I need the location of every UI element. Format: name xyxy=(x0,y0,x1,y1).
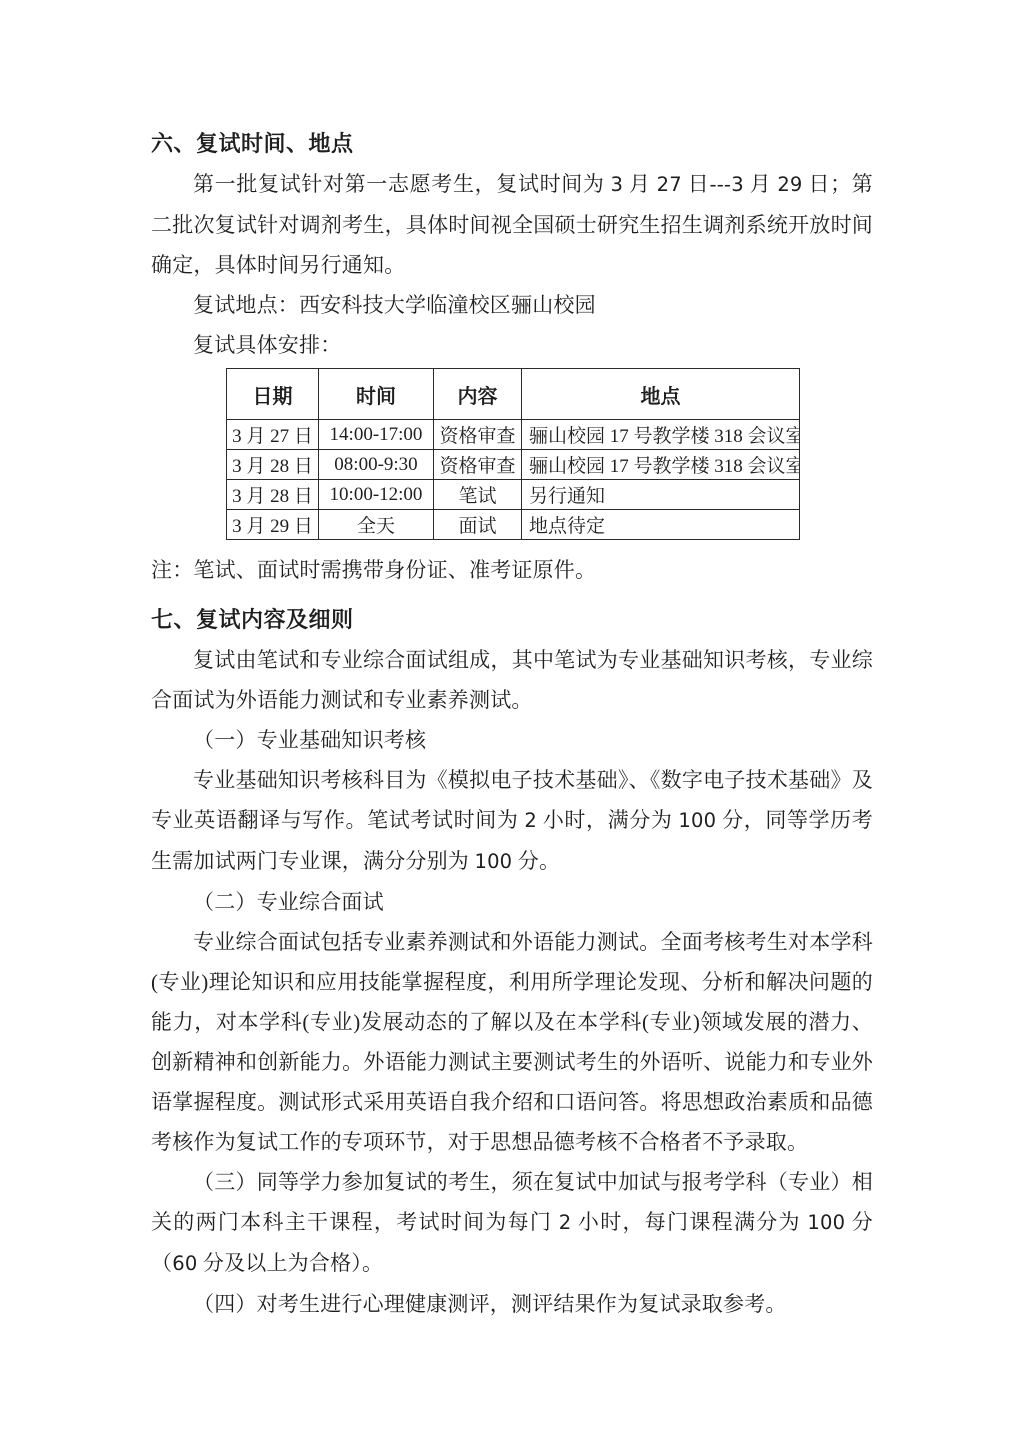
cell-date: 3 月 27 日 xyxy=(227,420,319,450)
section-6-intro-paragraph: 第一批复试针对第一志愿考生，复试时间为 3 月 27 日---3 月 29 日；… xyxy=(151,164,873,285)
latin-number: 100 xyxy=(678,809,716,832)
reexam-location-line: 复试地点：西安科技大学临潼校区骊山校园 xyxy=(151,285,873,325)
latin-number: 2 xyxy=(559,1211,572,1234)
cell-time: 全天 xyxy=(319,510,434,540)
cell-time: 14:00-17:00 xyxy=(319,420,434,450)
column-header-date: 日期 xyxy=(227,369,319,420)
column-header-place: 地点 xyxy=(522,369,800,420)
cell-content: 笔试 xyxy=(434,480,522,510)
cell-place: 骊山校园 17 号教学楼 318 会议室 xyxy=(522,450,800,480)
table-note: 注：笔试、面试时需携带身份证、准考证原件。 xyxy=(151,550,873,590)
latin-number: 29 xyxy=(777,173,802,196)
latin-number: --- xyxy=(709,173,731,196)
schedule-table: 日期 时间 内容 地点 3 月 27 日 14:00-17:00 资格审查 骊山… xyxy=(226,368,800,540)
cell-date: 3 月 28 日 xyxy=(227,450,319,480)
item-2-detail-paragraph: 专业综合面试包括专业素养测试和外语能力测试。全面考核考生对本学科(专业)理论知识… xyxy=(151,922,873,1162)
schedule-label-line: 复试具体安排： xyxy=(151,325,873,365)
latin-number: 100 xyxy=(474,850,512,873)
document-page: 六、复试时间、地点 第一批复试针对第一志愿考生，复试时间为 3 月 27 日--… xyxy=(0,0,1024,1448)
table-row: 3 月 29 日 全天 面试 地点待定 xyxy=(227,510,800,540)
latin-number: 27 xyxy=(657,173,682,196)
table-row: 3 月 28 日 10:00-12:00 笔试 另行通知 xyxy=(227,480,800,510)
latin-number: 3 xyxy=(611,173,624,196)
table-row: 3 月 28 日 08:00-9:30 资格审查 骊山校园 17 号教学楼 31… xyxy=(227,450,800,480)
cell-date: 3 月 29 日 xyxy=(227,510,319,540)
section-7-intro-paragraph: 复试由笔试和专业综合面试组成，其中笔试为专业基础知识考核，专业综合面试为外语能力… xyxy=(151,640,873,720)
table-row: 3 月 27 日 14:00-17:00 资格审查 骊山校园 17 号教学楼 3… xyxy=(227,420,800,450)
latin-number: 100 xyxy=(807,1211,845,1234)
cell-content: 资格审查 xyxy=(434,450,522,480)
latin-number: 2 xyxy=(524,809,537,832)
cell-time: 10:00-12:00 xyxy=(319,480,434,510)
cell-place: 另行通知 xyxy=(522,480,800,510)
cell-content: 面试 xyxy=(434,510,522,540)
item-2-heading-line: （二）专业综合面试 xyxy=(151,882,873,922)
cell-time: 08:00-9:30 xyxy=(319,450,434,480)
item-3-paragraph: （三）同等学力参加复试的考生，须在复试中加试与报考学科（专业）相关的两门本科主干… xyxy=(151,1162,873,1284)
cell-content: 资格审查 xyxy=(434,420,522,450)
cell-date: 3 月 28 日 xyxy=(227,480,319,510)
latin-number: 60 xyxy=(172,1252,197,1275)
item-1-heading-line: （一）专业基础知识考核 xyxy=(151,720,873,760)
section-6-heading: 六、复试时间、地点 xyxy=(151,124,873,164)
column-header-time: 时间 xyxy=(319,369,434,420)
section-7-heading: 七、复试内容及细则 xyxy=(151,600,873,640)
item-4-paragraph: （四）对考生进行心理健康测评，测评结果作为复试录取参考。 xyxy=(151,1284,873,1324)
column-header-content: 内容 xyxy=(434,369,522,420)
table-header-row: 日期 时间 内容 地点 xyxy=(227,369,800,420)
cell-place: 地点待定 xyxy=(522,510,800,540)
cell-place: 骊山校园 17 号教学楼 318 会议室 xyxy=(522,420,800,450)
item-1-detail-paragraph: 专业基础知识考核科目为《模拟电子技术基础》、《数字电子技术基础》及专业英语翻译与… xyxy=(151,760,873,882)
latin-number: 3 xyxy=(731,173,744,196)
